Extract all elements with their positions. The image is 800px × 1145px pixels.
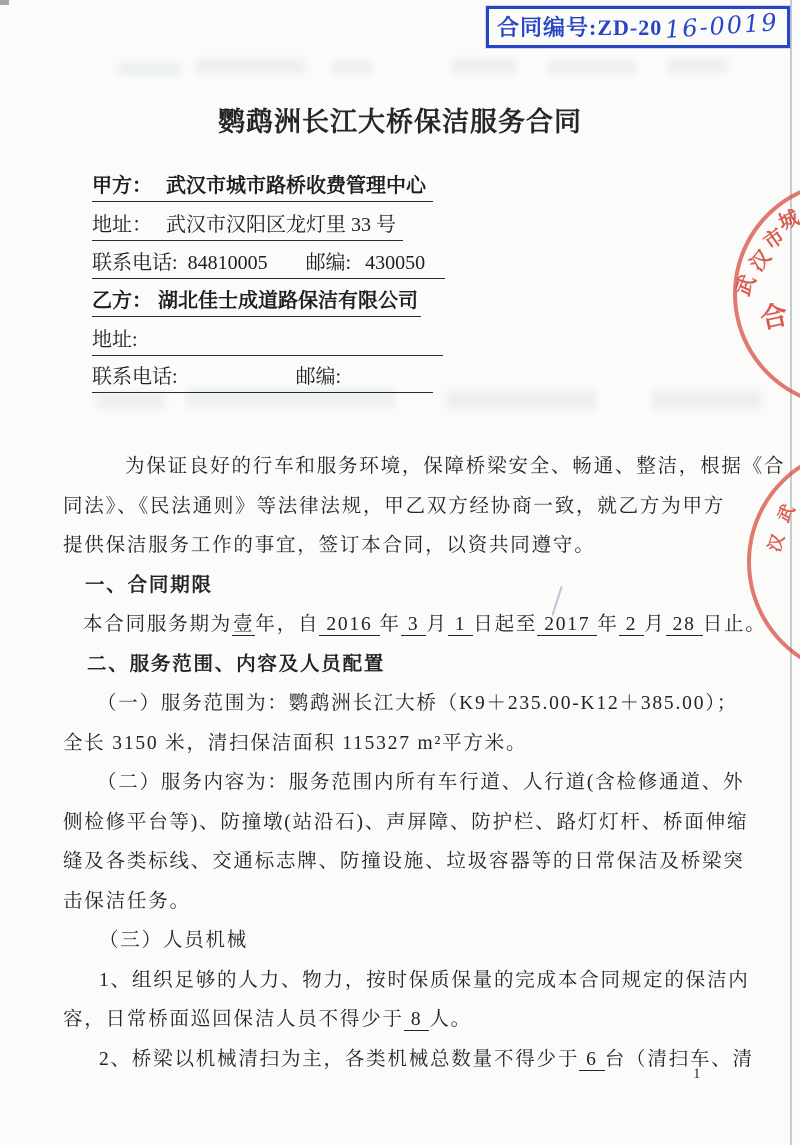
text-run: 容，日常桥面巡回保洁人员不得少于	[63, 1009, 404, 1030]
filled-blank: 2017	[537, 614, 597, 636]
text-run: 缝及各类标线、交通标志牌、防撞设施、垃圾容器等的日常保洁及桥梁突	[63, 851, 745, 872]
section-heading: 一、合同期限	[63, 566, 743, 606]
filled-blank: 8	[404, 1009, 430, 1031]
scanned-contract-page: 合同编号:ZD-2016-0019 鹦鹉洲长江大桥保洁服务合同 甲方：武汉市城市…	[0, 0, 800, 1145]
text-run: 同法》、《民法通则》等法律法规，甲乙双方经协商一致，就乙方为甲方	[63, 496, 725, 517]
filled-blank: 2	[619, 614, 645, 636]
contract-line: 全长 3150 米，清扫保洁面积 115327 m²平方米。	[63, 724, 743, 764]
phone-label: 联系电话:	[92, 366, 178, 388]
bleedthrough-mark	[668, 58, 728, 74]
contract-line: 侧检修平台等)、防撞墩(站沿石)、声屏障、防护栏、路灯灯杆、桥面伸缩	[63, 803, 743, 843]
address-label: 地址:	[92, 329, 138, 351]
contract-line: 1、组织足够的人力、物力，按时保质保量的完成本合同规定的保洁内	[63, 961, 743, 1001]
contract-body: 为保证良好的行车和服务环境，保障桥梁安全、畅通、整洁，根据《合 同法》、《民法通…	[63, 447, 743, 1079]
bleedthrough-mark	[452, 58, 516, 74]
text-run: （三）人员机械	[99, 930, 248, 951]
bleedthrough-mark	[548, 60, 636, 74]
party-a-row: 甲方：武汉市城市路桥收费管理中心	[92, 171, 433, 202]
filled-blank: 28	[666, 614, 703, 636]
contract-line: 2、桥梁以机械清扫为主，各类机械总数量不得少于6台（清扫车、清	[63, 1040, 743, 1080]
party-a-zip: 430050	[365, 252, 425, 274]
filled-blank: 3	[401, 614, 427, 636]
address-label: 地址：	[92, 214, 152, 236]
phone-label: 联系电话:	[92, 252, 178, 274]
text-run: 本合同服务期为	[83, 614, 232, 635]
text-run: 全长 3150 米，清扫保洁面积 115327 m²平方米。	[63, 733, 527, 754]
contract-number-stamp: 合同编号:ZD-2016-0019	[486, 6, 790, 48]
text-run: 日止。	[703, 614, 767, 635]
text-run: （一）服务范围为：鹦鹉洲长江大桥（K9＋235.00-K12＋385.00）；	[97, 693, 738, 714]
contract-number-label: 合同编号:ZD-20	[497, 11, 662, 42]
zip-label: 邮编:	[296, 366, 342, 388]
filled-blank: 壹	[232, 614, 255, 636]
text-run: 台（清扫车、清	[605, 1049, 754, 1070]
text-run: 人。	[429, 1009, 472, 1030]
text-run: 年	[597, 614, 618, 635]
text-run: 侧检修平台等)、防撞墩(站沿石)、声屏障、防护栏、路灯灯杆、桥面伸缩	[63, 812, 748, 833]
party-a-contact-row: 联系电话:84810005邮编:430050	[92, 248, 445, 279]
contract-line: 本合同服务期为壹年，自2016年3月1日起至2017年2月28日止。	[63, 605, 743, 645]
bleedthrough-mark	[446, 390, 596, 410]
contract-line: 容，日常桥面巡回保洁人员不得少于8人。	[63, 1000, 743, 1040]
party-a-label: 甲方：	[92, 175, 152, 197]
party-b-address-row: 地址:	[92, 325, 443, 356]
contract-line: （二）服务内容为：服务范围内所有车行道、人行道(含检修通道、外	[63, 763, 743, 803]
contract-line: 击保洁任务。	[63, 882, 743, 922]
contract-number-handwritten: 16-0019	[664, 8, 779, 44]
zip-label: 邮编:	[306, 252, 352, 274]
text-run: 提供保洁服务工作的事宜，签订本合同，以资共同遵守。	[63, 535, 596, 556]
contract-line: 缝及各类标线、交通标志牌、防撞设施、垃圾容器等的日常保洁及桥梁突	[63, 842, 743, 882]
bleedthrough-mark	[652, 390, 762, 410]
text-run: 月	[426, 614, 447, 635]
page-number: 1	[693, 1066, 701, 1083]
party-b-label: 乙方：	[92, 290, 152, 312]
text-run: 月	[644, 614, 665, 635]
contract-line: （一）服务范围为：鹦鹉洲长江大桥（K9＋235.00-K12＋385.00）；	[63, 684, 743, 724]
document-title: 鹦鹉洲长江大桥保洁服务合同	[0, 100, 800, 139]
party-a-address: 武汉市汉阳区龙灯里 33 号	[166, 214, 396, 236]
party-b-name: 湖北佳士成道路保洁有限公司	[158, 290, 418, 312]
filled-blank: 1	[448, 614, 474, 636]
text-run: 一、合同期限	[85, 575, 213, 596]
party-a-address-row: 地址：武汉市汉阳区龙灯里 33 号	[92, 210, 403, 241]
text-run: 为保证良好的行车和服务环境，保障桥梁安全、畅通、整洁，根据《合	[125, 456, 785, 477]
bleedthrough-mark	[332, 60, 372, 74]
scan-corner-artifact	[0, 0, 9, 5]
section-heading: 二、服务范围、内容及人员配置	[63, 645, 743, 685]
party-a-phone: 84810005	[188, 252, 268, 274]
text-run: （二）服务内容为：服务范围内所有车行道、人行道(含检修通道、外	[97, 772, 744, 793]
party-b-contact-row: 联系电话:邮编:	[92, 362, 433, 393]
bleedthrough-mark	[96, 392, 166, 410]
text-run: 2、桥梁以机械清扫为主，各类机械总数量不得少于	[99, 1049, 579, 1070]
filled-blank: 6	[579, 1049, 605, 1071]
contract-line: 提供保洁服务工作的事宜，签订本合同，以资共同遵守。	[63, 526, 743, 566]
filled-blank: 2016	[319, 614, 379, 636]
text-run: 二、服务范围、内容及人员配置	[87, 654, 385, 675]
contract-line: 为保证良好的行车和服务环境，保障桥梁安全、畅通、整洁，根据《合	[63, 447, 743, 487]
text-run: 年	[380, 614, 401, 635]
contract-line: （三）人员机械	[63, 921, 743, 961]
bleedthrough-mark	[118, 62, 182, 76]
text-run: 击保洁任务。	[63, 891, 191, 912]
contract-line: 同法》、《民法通则》等法律法规，甲乙双方经协商一致，就乙方为甲方	[63, 487, 743, 527]
bleedthrough-mark	[196, 58, 306, 74]
text-run: 年，自	[255, 614, 319, 635]
text-run: 1、组织足够的人力、物力，按时保质保量的完成本合同规定的保洁内	[99, 970, 750, 991]
party-a-name: 武汉市城市路桥收费管理中心	[166, 175, 426, 197]
text-run: 日起至	[473, 614, 537, 635]
party-b-row: 乙方：湖北佳士成道路保洁有限公司	[92, 286, 421, 317]
